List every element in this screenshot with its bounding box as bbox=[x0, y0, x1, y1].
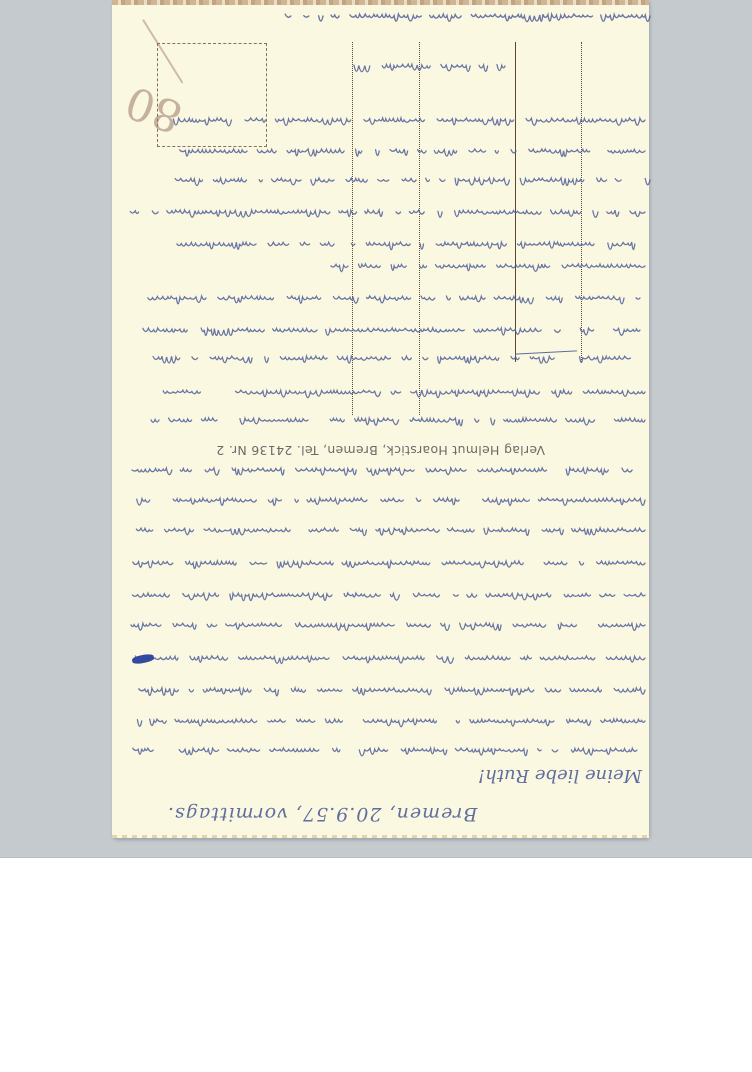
handwritten-line bbox=[127, 462, 647, 484]
handwritten-line bbox=[172, 112, 647, 134]
handwritten-line bbox=[337, 58, 507, 80]
publisher-imprint: Verlag Helmut Hoarstick, Bremen, Tel. 24… bbox=[112, 440, 649, 460]
handwritten-line bbox=[132, 713, 647, 735]
address-line-4 bbox=[581, 42, 582, 362]
handwritten-line bbox=[327, 258, 647, 280]
handwritten-line bbox=[127, 617, 647, 639]
handwritten-line bbox=[132, 682, 647, 704]
handwritten-line bbox=[272, 8, 652, 30]
date-line: Bremen, 20.9.57, vormittags. bbox=[167, 800, 507, 828]
handwritten-line bbox=[172, 172, 652, 194]
handwritten-line bbox=[172, 236, 647, 258]
postcard: 80 Verlag Helmut Hoarstick, Bremen, Tel.… bbox=[112, 0, 649, 838]
handwritten-line bbox=[167, 143, 647, 165]
handwritten-line bbox=[127, 742, 647, 764]
handwritten-line bbox=[127, 555, 647, 577]
handwritten-line bbox=[142, 350, 642, 372]
handwritten-line bbox=[127, 587, 647, 609]
handwritten-line bbox=[127, 522, 647, 544]
handwritten-line bbox=[142, 290, 642, 312]
salutation: Meine liebe Ruth! bbox=[442, 762, 642, 788]
handwritten-line bbox=[127, 204, 647, 226]
handwritten-line bbox=[132, 650, 647, 672]
handwritten-line bbox=[137, 384, 647, 406]
address-line-3 bbox=[515, 42, 516, 362]
handwritten-line bbox=[132, 412, 647, 434]
handwritten-line bbox=[142, 322, 642, 344]
handwritten-line bbox=[127, 492, 647, 514]
